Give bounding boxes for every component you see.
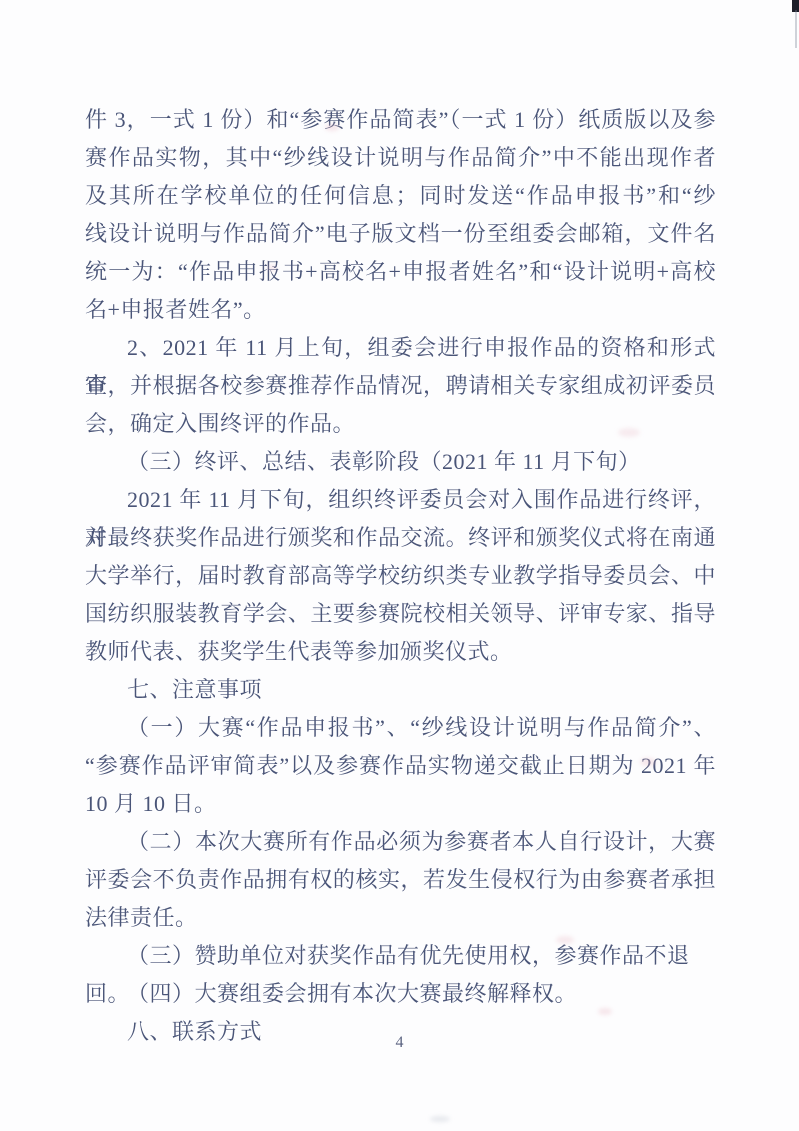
text-line: （二）本次大赛所有作品必须为参赛者本人自行设计，大赛 (85, 823, 716, 861)
page-number: 4 (0, 1034, 799, 1052)
text-line: 查，并根据各校参赛推荐作品情况，聘请相关专家组成初评委员 (85, 367, 716, 405)
text-line: 统一为：“作品申报书+高校名+申报者姓名”和“设计说明+高校 (85, 253, 716, 291)
text-line: 名+申报者姓名”。 (85, 291, 716, 329)
scan-speck (618, 428, 640, 437)
text-line: 2、2021 年 11 月上旬，组委会进行申报作品的资格和形式审 (85, 329, 716, 367)
text-line: “参赛作品评审简表”以及参赛作品实物递交截止日期为 2021 年 (85, 747, 716, 785)
text-line: 会，确定入围终评的作品。 (85, 405, 716, 443)
text-line: （三）终评、总结、表彰阶段（2021 年 11 月下旬） (85, 443, 716, 481)
text-line: 法律责任。 (85, 899, 716, 937)
text-line: （四）大赛组委会拥有本次大赛最终解释权。 (85, 975, 716, 1013)
text-line: 七、注意事项 (85, 671, 716, 709)
scan-speck (640, 758, 656, 766)
scan-speck (556, 936, 574, 944)
text-line: 10 月 10 日。 (85, 785, 716, 823)
text-line: 教师代表、获奖学生代表等参加颁奖仪式。 (85, 633, 716, 671)
document-body: 件 3，一式 1 份）和“参赛作品简表”（一式 1 份）纸质版以及参赛作品实物，… (85, 101, 716, 1051)
text-line: 大学举行，届时教育部高等学校纺织类专业教学指导委员会、中 (85, 557, 716, 595)
text-line: 评委会不负责作品拥有权的核实，若发生侵权行为由参赛者承担 (85, 861, 716, 899)
text-line: 件 3，一式 1 份）和“参赛作品简表”（一式 1 份）纸质版以及参 (85, 101, 716, 139)
scan-speck (325, 124, 339, 131)
scan-speck (268, 265, 276, 271)
text-line: 国纺织服装教育学会、主要参赛院校相关领导、评审专家、指导 (85, 595, 716, 633)
text-line: 2021 年 11 月下旬，组织终评委员会对入围作品进行终评，并 (85, 481, 716, 519)
text-line: （三）赞助单位对获奖作品有优先使用权，参赛作品不退回。 (85, 937, 716, 975)
scanned-document-page: 件 3，一式 1 份）和“参赛作品简表”（一式 1 份）纸质版以及参赛作品实物，… (0, 0, 799, 1131)
scan-speck (430, 1116, 450, 1122)
scan-edge-line (795, 10, 797, 48)
text-line: 线设计说明与作品简介”电子版文档一份至组委会邮箱，文件名 (85, 215, 716, 253)
text-line: 对最终获奖作品进行颁奖和作品交流。终评和颁奖仪式将在南通 (85, 519, 716, 557)
text-line: 及其所在学校单位的任何信息；同时发送“作品申报书”和“纱 (85, 177, 716, 215)
scan-speck (598, 1008, 612, 1015)
text-line: 赛作品实物，其中“纱线设计说明与作品简介”中不能出现作者 (85, 139, 716, 177)
text-line: （一）大赛“作品申报书”、“纱线设计说明与作品简介”、 (85, 709, 716, 747)
